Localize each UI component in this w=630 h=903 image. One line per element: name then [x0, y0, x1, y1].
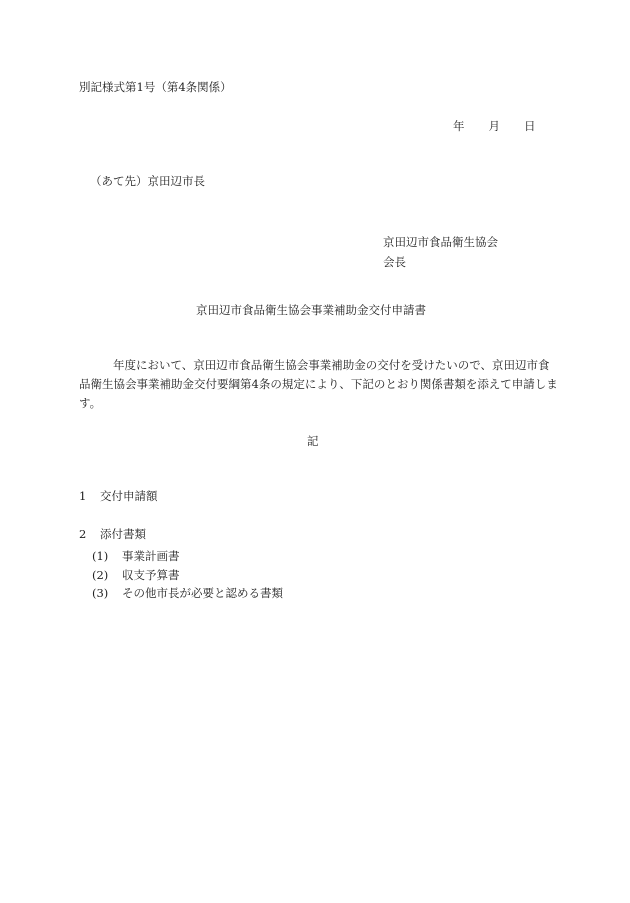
date-month: 月	[489, 121, 501, 133]
sender-block: 京田辺市食品衛生協会 会長	[383, 232, 498, 272]
sender-position: 会長	[383, 252, 498, 272]
ki-heading: 記	[307, 436, 319, 448]
date-line: 年月日	[453, 121, 536, 133]
document-title: 京田辺市食品衛生協会事業補助金交付申請書	[196, 305, 426, 317]
item-label: 交付申請額	[100, 489, 158, 503]
form-number: 別記様式第1号（第4条関係）	[79, 82, 232, 94]
date-year: 年	[453, 121, 465, 133]
body-text: 年度において、京田辺市食品衛生協会事業補助金の交付を受けたいので、京田辺市食品衛…	[79, 358, 558, 410]
date-day: 日	[524, 121, 536, 133]
item-number: 1	[79, 491, 100, 503]
attachment-item: (3)その他市長が必要と認める書類	[92, 584, 283, 603]
addressee: （あて先）京田辺市長	[90, 176, 205, 188]
item-application-amount: 1交付申請額	[79, 491, 158, 503]
item-attachments: 2添付書類	[79, 529, 146, 541]
attachment-item: (2)収支予算書	[92, 566, 283, 585]
sender-organization: 京田辺市食品衛生協会	[383, 232, 498, 252]
attachment-list: (1)事業計画書 (2)収支予算書 (3)その他市長が必要と認める書類	[92, 547, 283, 603]
item-label: 添付書類	[100, 527, 146, 541]
body-paragraph: 年度において、京田辺市食品衛生協会事業補助金の交付を受けたいので、京田辺市食品衛…	[79, 356, 559, 413]
item-number: 2	[79, 529, 100, 541]
attachment-item: (1)事業計画書	[92, 547, 283, 566]
